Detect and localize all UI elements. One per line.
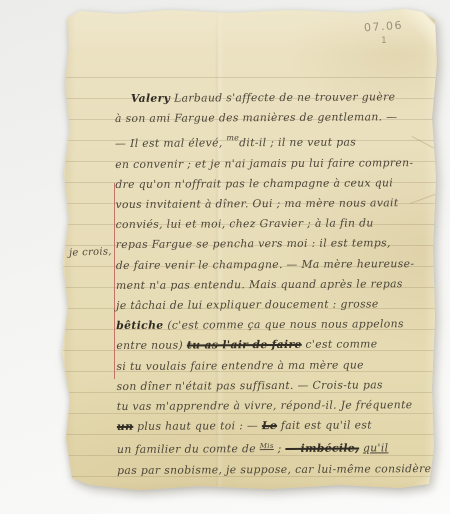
- handwriting-segment: me: [226, 134, 239, 143]
- handwriting-segment: tu as l'air de faire: [187, 338, 302, 352]
- handwritten-line: je tâchai de lui expliquer doucement : g…: [116, 294, 438, 316]
- handwritten-line: pas par snobisme, je suppose, car lui-mê…: [117, 459, 439, 481]
- handwriting-segment: ment n'a pas entendu. Mais quand après l…: [116, 277, 403, 292]
- handwritten-line: repas Fargue se pencha vers moi : il est…: [116, 233, 438, 255]
- handwritten-line: un plus haut que toi : — Le fait est qu'…: [117, 415, 439, 437]
- handwriting-segment: bêtiche: [116, 319, 163, 332]
- handwritten-line: ment n'a pas entendu. Mais quand après l…: [116, 274, 438, 296]
- handwritten-line: en convenir ; et je n'ai jamais pu lui f…: [115, 153, 437, 175]
- handwritten-line: entre nous) tu as l'air de faire c'est c…: [116, 334, 438, 356]
- handwriting-segment: en convenir ; et je n'ai jamais pu lui f…: [115, 156, 413, 171]
- handwritten-line: Valery Larbaud s'affecte de ne trouver g…: [115, 87, 437, 109]
- pencil-inventory-code: 07.06: [364, 19, 404, 35]
- margin-note: je crois,: [69, 246, 112, 258]
- handwriting-segment: Larbaud s'affecte de ne trouver guère: [170, 90, 395, 104]
- handwritten-line: de faire venir le champagne. — Ma mère h…: [116, 254, 438, 276]
- handwritten-line: dre qu'on n'offrait pas le champagne à c…: [115, 173, 437, 195]
- manuscript-photo: 07.06 1 je crois, Valery Larbaud s'affec…: [0, 0, 450, 514]
- handwritten-line: un familier du comte de Mis ; — imbécile…: [117, 435, 439, 460]
- handwriting-segment: — imbécile,: [285, 442, 359, 455]
- handwriting-segment: ;: [274, 442, 286, 455]
- handwriting-segment: Le: [262, 419, 277, 432]
- handwriting-segment: repas Fargue se pencha vers moi : il est…: [116, 237, 391, 252]
- handwriting-segment: je tâchai de lui expliquer doucement : g…: [116, 297, 379, 312]
- handwriting-segment: tu vas m'apprendre à vivre, répond-il. J…: [117, 398, 413, 413]
- handwriting-segment: si tu voulais faire entendre à ma mère q…: [116, 358, 363, 373]
- handwriting-segment: pas par snobisme, je suppose, car lui-mê…: [117, 462, 431, 477]
- manuscript-page: 07.06 1 je crois, Valery Larbaud s'affec…: [60, 8, 440, 494]
- handwritten-line: — Il est mal élevé, medit-il ; il ne veu…: [115, 127, 437, 154]
- handwriting-segment: (c'est comme ça que nous nous appelons: [163, 317, 403, 331]
- handwriting-segment: Mis: [260, 442, 274, 450]
- handwriting-segment: dre qu'on n'offrait pas le champagne à c…: [115, 176, 393, 191]
- handwriting-segment: — Il est mal élevé,: [115, 137, 226, 151]
- handwritten-text: Valery Larbaud s'affecte de ne trouver g…: [115, 87, 439, 481]
- corner-fold-top-right: [390, 8, 440, 70]
- handwriting-segment: un familier du comte de: [117, 443, 260, 457]
- handwritten-line: à son ami Fargue des manières de gentlem…: [115, 107, 437, 129]
- handwriting-segment: plus haut que toi : —: [133, 419, 262, 433]
- handwriting-segment: qu'il: [363, 442, 389, 455]
- handwritten-line: son dîner n'était pas suffisant. — Crois…: [117, 375, 439, 397]
- handwritten-line: conviés, lui et moi, chez Gravier ; à la…: [116, 213, 438, 235]
- handwritten-line: vous invitaient à dîner. Oui ; ma mère n…: [115, 193, 437, 215]
- handwriting-segment: fait est qu'il est: [277, 419, 372, 433]
- handwriting-segment: entre nous): [116, 339, 187, 352]
- handwriting-segment: à son ami Fargue des manières de gentlem…: [115, 110, 397, 125]
- handwriting-segment: c'est comme: [302, 338, 378, 351]
- paper-shadow-wrap: 07.06 1 je crois, Valery Larbaud s'affec…: [60, 8, 440, 494]
- pencil-page-number: 1: [381, 36, 387, 46]
- handwriting-segment: son dîner n'était pas suffisant. — Crois…: [117, 378, 383, 393]
- handwritten-line: si tu voulais faire entendre à ma mère q…: [116, 355, 438, 377]
- handwriting-segment: conviés, lui et moi, chez Gravier ; à la…: [116, 217, 374, 232]
- handwriting-segment: Valery: [131, 92, 171, 105]
- handwriting-segment: vous invitaient à dîner. Oui ; ma mère n…: [115, 196, 398, 211]
- handwriting-segment: de faire venir le champagne. — Ma mère h…: [116, 257, 415, 272]
- handwritten-line: bêtiche (c'est comme ça que nous nous ap…: [116, 314, 438, 336]
- handwritten-line: tu vas m'apprendre à vivre, répond-il. J…: [117, 395, 439, 417]
- handwriting-segment: un: [117, 420, 133, 433]
- handwriting-segment: dit-il ; il ne veut pas: [239, 136, 356, 150]
